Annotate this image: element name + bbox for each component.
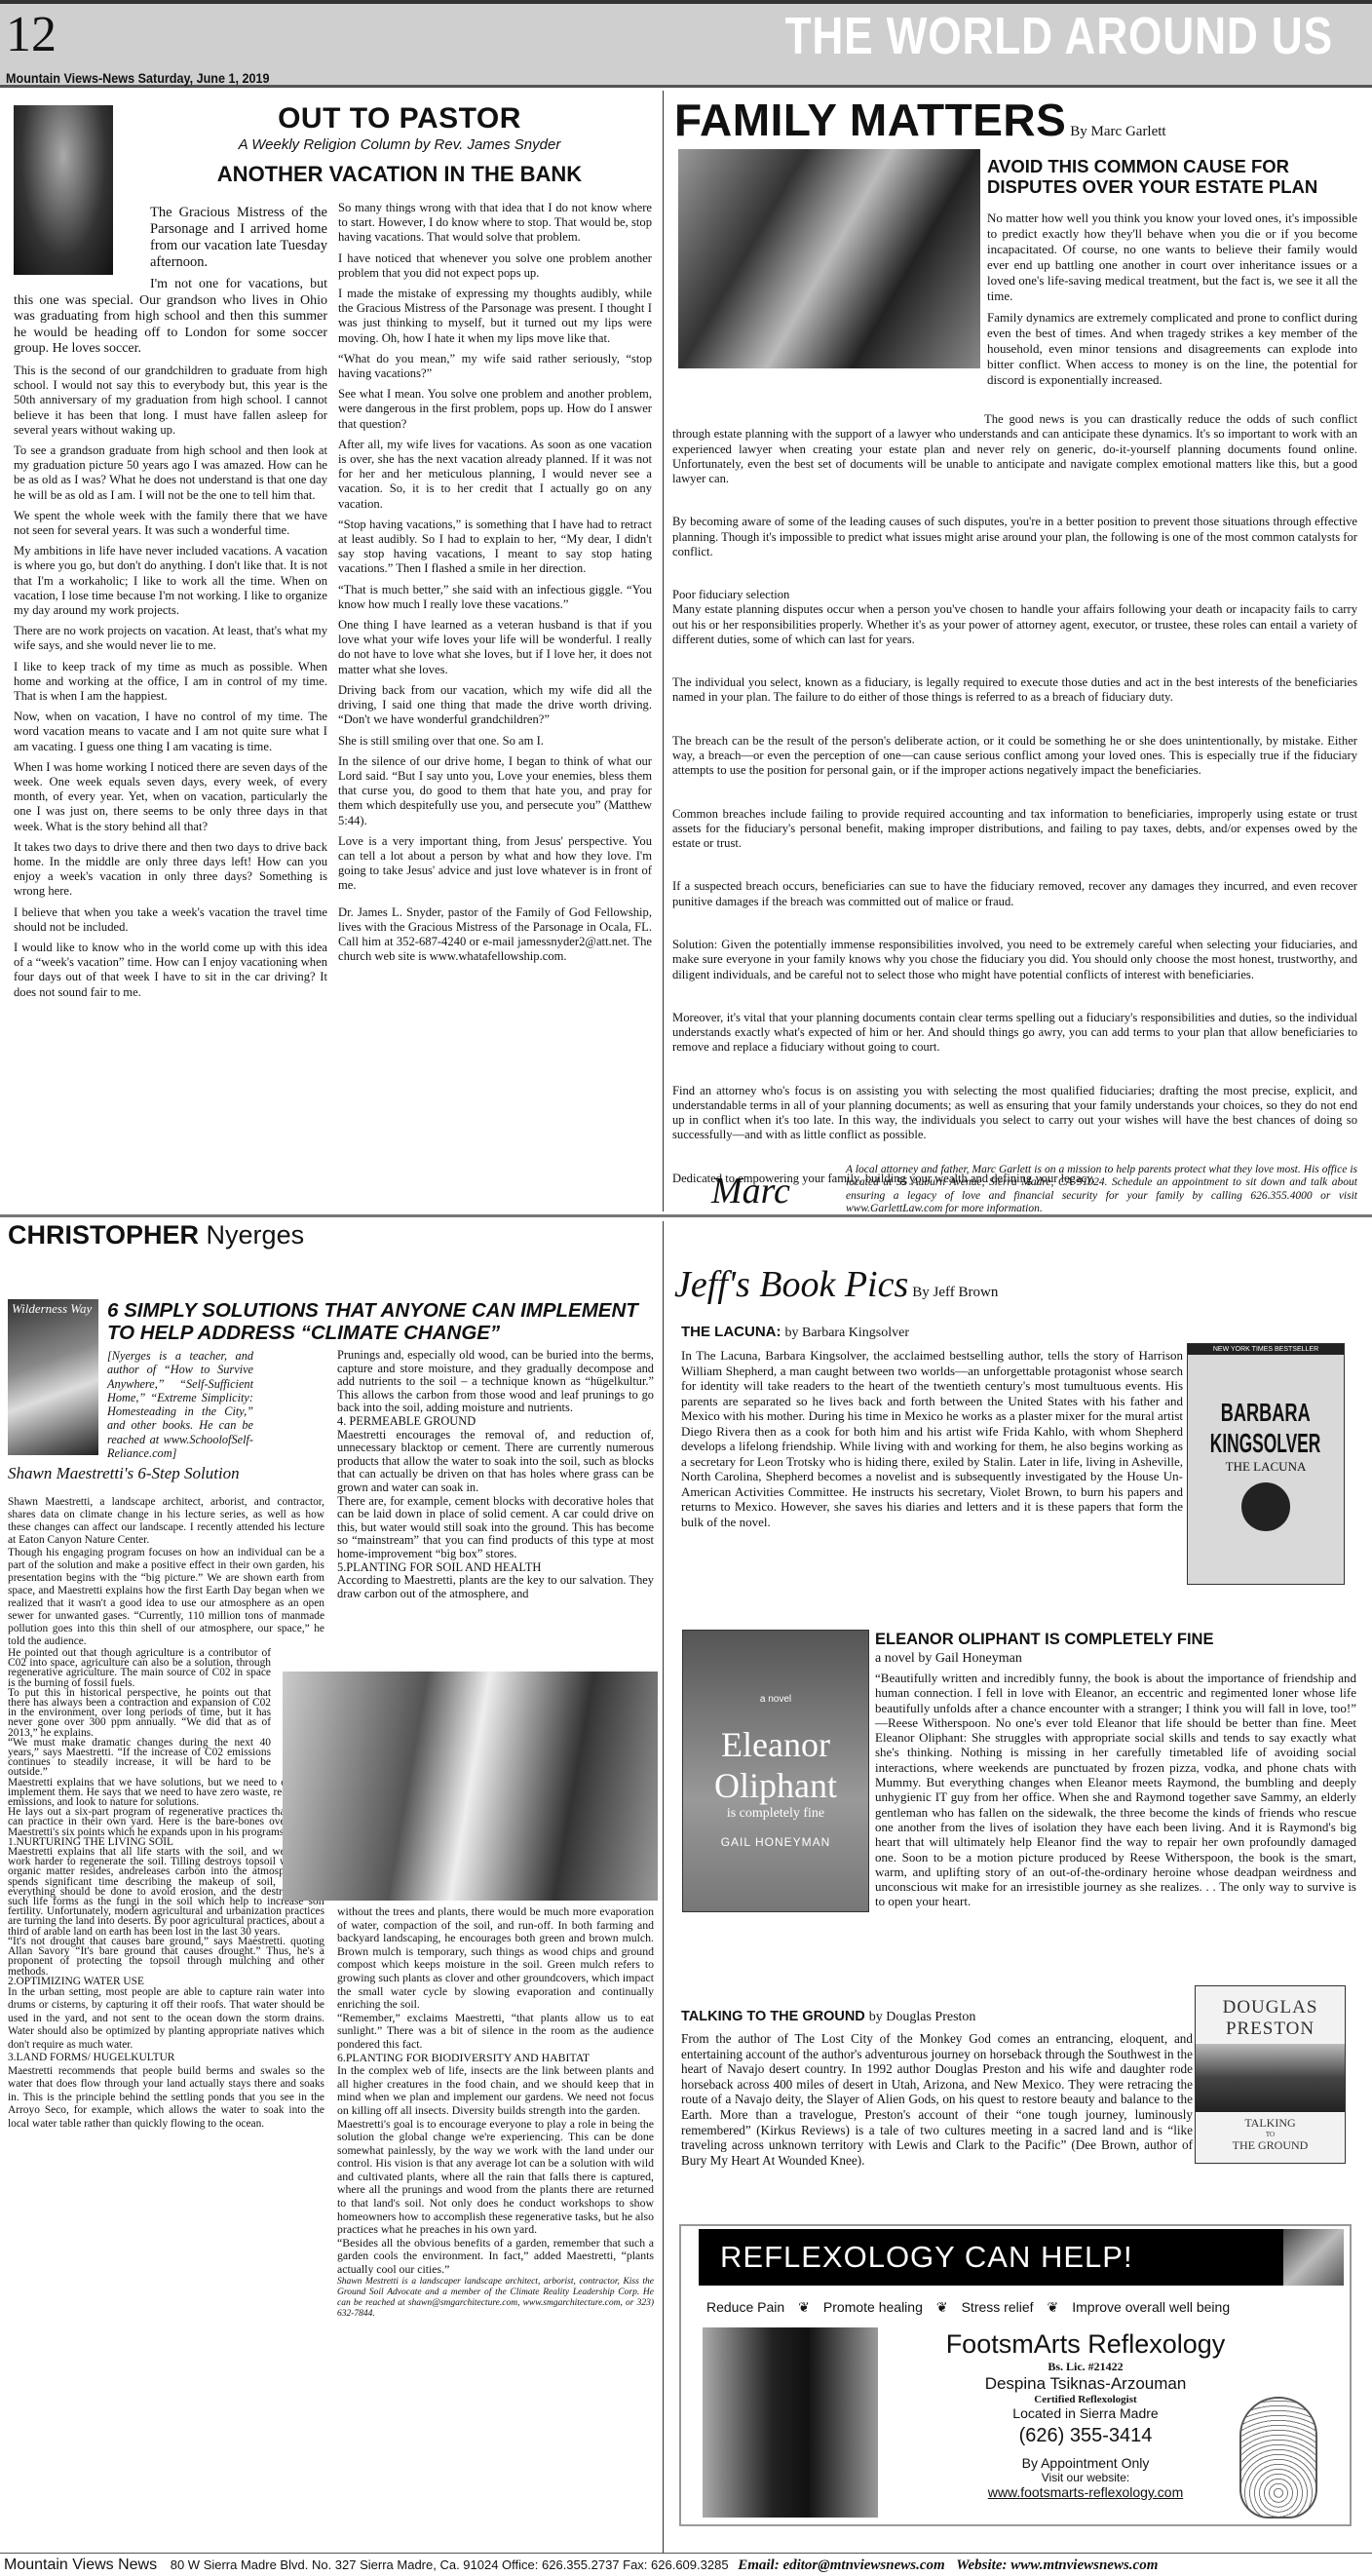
reflexology-ad: REFLEXOLOGY CAN HELP! Reduce Pain❦ Promo…	[679, 2224, 1352, 2526]
article-col-1: The Gracious Mistress of the Parsonage a…	[14, 205, 327, 1006]
paragraph: In the urban setting, most people are ab…	[8, 1986, 324, 2053]
subhead: Shawn Maestretti's 6-Step Solution	[8, 1464, 240, 1483]
benefit: Reduce Pain	[706, 2299, 784, 2316]
article-col-1: Shawn Maestretti, a landscape architect,…	[8, 1496, 324, 2131]
article-col-2-top: Prunings and, especially old wood, can b…	[337, 1349, 654, 1600]
book-title: ELEANOR OLIPHANT IS COMPLETELY FINE	[875, 1631, 1213, 1649]
paragraph: The Gracious Mistress of the Parsonage a…	[150, 205, 327, 271]
practitioner-photo	[703, 2327, 878, 2518]
section-heading: 6.PLANTING FOR BIODIVERSITY AND HABITAT	[337, 2052, 654, 2065]
cover-text: PRESTON	[1226, 2019, 1315, 2040]
benefit: Stress relief	[962, 2299, 1034, 2316]
book-cover-talking: DOUGLAS PRESTON TALKING TO THE GROUND	[1195, 1985, 1346, 2164]
paragraph: The breach can be the result of the pers…	[672, 734, 1357, 779]
paragraph: After all, my wife lives for vacations. …	[338, 438, 652, 512]
paragraph: “What do you mean,” my wife said rather …	[338, 352, 652, 381]
paragraph: My ambitions in life have never included…	[14, 544, 327, 618]
paragraph: Maestretti encourages the removal of, an…	[337, 1429, 654, 1495]
paragraph: Maestretti recommends that people build …	[8, 2065, 324, 2132]
cover-text: KINGSOLVER	[1210, 1428, 1320, 1459]
cover-text: is completely fine	[727, 1806, 824, 1822]
book-cover-lacuna: NEW YORK TIMES BESTSELLER BARBARA KINGSO…	[1187, 1343, 1345, 1585]
paragraph: When I was home working I noticed there …	[14, 760, 327, 834]
cover-text: a novel	[760, 1694, 791, 1705]
book-title-line: TALKING TO THE GROUND by Douglas Preston	[681, 2008, 975, 2025]
paragraph: To see a grandson graduate from high sch…	[14, 443, 327, 503]
paragraph: “That is much better,” she said with an …	[338, 583, 652, 612]
paragraph: Maestretti's goal is to encourage everyo…	[337, 2118, 654, 2237]
book-title-line: THE LACUNA: by Barbara Kingsolver	[681, 1324, 909, 1341]
book-cover-eleanor: a novel Eleanor Oliphant is completely f…	[682, 1630, 869, 1912]
book-title: THE LACUNA:	[681, 1324, 781, 1340]
ad-banner-photo	[1283, 2229, 1344, 2286]
paragraph: There are no work projects on vacation. …	[14, 624, 327, 653]
book-review: From the author of The Lost City of the …	[681, 2031, 1193, 2168]
headline: ANOTHER VACATION IN THE BANK	[146, 162, 653, 187]
cover-text: DOUGLAS	[1223, 1997, 1318, 2019]
footer-address: 80 W Sierra Madre Blvd. No. 327 Sierra M…	[171, 2557, 729, 2572]
family-photo	[678, 149, 980, 368]
headline: 6 SIMPLY SOLUTIONS THAT ANYONE CAN IMPLE…	[107, 1299, 653, 1344]
paragraph: See what I mean. You solve one problem a…	[338, 387, 652, 432]
cover-art	[1196, 2044, 1345, 2112]
article-col-2-bottom: without the trees and plants, there woul…	[337, 1905, 654, 2326]
column-title-light: Nyerges	[207, 1220, 305, 1250]
byline: By Marc Garlett	[1070, 124, 1165, 139]
paragraph: This is the second of our grandchildren …	[14, 364, 327, 438]
paragraph: The individual you select, known as a fi…	[672, 675, 1357, 705]
appointment: By Appointment Only	[881, 2455, 1290, 2471]
benefit: Improve overall well being	[1072, 2299, 1230, 2316]
section-heading: 5.PLANTING FOR SOIL AND HEALTH	[337, 1561, 654, 1575]
paragraph: He pointed out that though agriculture i…	[8, 1648, 271, 1688]
paragraph: By becoming aware of some of the leading…	[672, 515, 1357, 559]
ad-banner: REFLEXOLOGY CAN HELP!	[699, 2229, 1283, 2286]
book-author: by Douglas Preston	[869, 2010, 976, 2024]
paragraph: One thing I have learned as a veteran hu…	[338, 618, 652, 677]
paragraph: So many things wrong with that idea that…	[338, 201, 652, 246]
book-title: TALKING TO THE GROUND	[681, 2009, 865, 2024]
book-cover-title: Wilderness Way	[8, 1299, 98, 1319]
footer-email: Email: editor@mtnviewsnews.com	[738, 2557, 944, 2573]
section-heading: 2.OPTIMIZING WATER USE	[8, 1977, 324, 1986]
paragraph: Maestretti explains that we have solutio…	[8, 1778, 324, 1808]
paragraph: According to Maestretti, plants are the …	[337, 1574, 654, 1600]
paragraph: It takes two days to drive there and the…	[14, 840, 327, 900]
license: Bs. Lic. #21422	[881, 2360, 1290, 2374]
column-subtitle: A Weekly Religion Column by Rev. James S…	[146, 136, 653, 153]
location: Located in Sierra Madre	[881, 2405, 1290, 2421]
paragraph: In the complex web of life, insects are …	[337, 2064, 654, 2117]
byline: By Jeff Brown	[912, 1285, 998, 1300]
benefit: Promote healing	[823, 2299, 923, 2316]
footer-website: Website: www.mtnviewsnews.com	[956, 2557, 1158, 2573]
paragraph: He lays out a six-part program of regene…	[8, 1807, 324, 1837]
paragraph: Common breaches include failing to provi…	[672, 807, 1357, 852]
paragraph: Poor fiduciary selection Many estate pla…	[672, 588, 1357, 647]
paragraph: The good news is you can drastically red…	[672, 412, 1357, 486]
paragraph: She is still smiling over that one. So a…	[338, 734, 652, 749]
maestretti-photo	[283, 1672, 658, 1901]
foot-icon	[1239, 2397, 1317, 2518]
paragraph: “Remember,” exclaims Maestretti, “that p…	[337, 2012, 654, 2052]
column-header: CHRISTOPHER Nyerges	[8, 1220, 304, 1250]
credential: Certified Reflexologist	[881, 2394, 1290, 2405]
paragraph: No matter how well you think you know yo…	[987, 211, 1357, 304]
visit-label: Visit our website:	[881, 2471, 1290, 2484]
cover-text: GAIL HONEYMAN	[721, 1835, 831, 1849]
paragraph: To put this in historical perspective, h…	[8, 1688, 271, 1738]
practitioner-name: Despina Tsiknas-Arzouman	[881, 2374, 1290, 2394]
paragraph: I'm not one for vacations, but this one …	[14, 277, 327, 358]
signature: Marc	[711, 1170, 790, 1212]
book-author: a novel by Gail Honeyman	[875, 1651, 1022, 1667]
book-review: “Beautifully written and incredibly funn…	[875, 1671, 1356, 1909]
cover-text: THE GROUND	[1233, 2138, 1309, 2153]
book-cover-image: Wilderness Way	[8, 1299, 98, 1455]
separator-icon: ❦	[798, 2299, 810, 2316]
cover-text: Oliphant	[714, 1765, 837, 1806]
paragraph: Now, when on vacation, I have no control…	[14, 710, 327, 754]
ad-benefits: Reduce Pain❦ Promote healing❦ Stress rel…	[706, 2299, 1340, 2316]
article-body: The good news is you can drastically red…	[672, 398, 1357, 1201]
author-bio: A local attorney and father, Marc Garlet…	[846, 1164, 1357, 1215]
paragraph: I like to keep track of my time as much …	[14, 660, 327, 705]
paragraph: If a suspected breach occurs, beneficiar…	[672, 879, 1357, 908]
paragraph: Moreover, it's vital that your planning …	[672, 1011, 1357, 1056]
separator-icon: ❦	[1048, 2299, 1059, 2316]
cover-banner: NEW YORK TIMES BESTSELLER	[1188, 1344, 1344, 1355]
column-title: OUT TO PASTOR	[146, 102, 653, 135]
section-heading: 3.LAND FORMS/ HUGELKULTUR	[8, 2052, 324, 2065]
separator-icon: ❦	[936, 2299, 948, 2316]
headline: AVOID THIS COMMON CAUSE FOR DISPUTES OVE…	[987, 156, 1357, 197]
paragraph: There are, for example, cement blocks wi…	[337, 1495, 654, 1561]
paragraph: Love is a very important thing, from Jes…	[338, 834, 652, 894]
section-heading: 4. PERMEABLE GROUND	[337, 1415, 654, 1429]
article-col-2: So many things wrong with that idea that…	[338, 201, 652, 970]
book-review: In The Lacuna, Barbara Kingsolver, the a…	[681, 1348, 1183, 1529]
paragraph: Solution: Given the potentially immense …	[672, 938, 1357, 982]
paragraph: We spent the whole week with the family …	[14, 509, 327, 538]
column-divider	[663, 1221, 664, 2553]
ad-details: FootsmArts Reflexology Bs. Lic. #21422 D…	[881, 2329, 1290, 2500]
column-title: Jeff's Book Pics	[674, 1264, 908, 1305]
author-bio: Dr. James L. Snyder, pastor of the Famil…	[338, 905, 652, 965]
column-title: FAMILY MATTERS	[674, 95, 1066, 145]
paragraph: Find an attorney who's focus is on assis…	[672, 1084, 1357, 1143]
phone: (626) 355-3414	[881, 2425, 1290, 2447]
column-header: Jeff's Book Pics By Jeff Brown	[674, 1263, 998, 1306]
paragraph: Family dynamics are extremely complicate…	[987, 310, 1357, 388]
column-divider	[663, 91, 664, 1211]
cover-text: THE LACUNA	[1226, 1459, 1307, 1475]
paragraph: “We must make dramatic changes during th…	[8, 1738, 271, 1778]
paragraph: I made the mistake of expressing my thou…	[338, 287, 652, 346]
paragraph: Shawn Maestretti, a landscape architect,…	[8, 1496, 324, 1547]
cover-art	[1241, 1482, 1290, 1531]
book-author: by Barbara Kingsolver	[785, 1326, 910, 1340]
paragraph: Prunings and, especially old wood, can b…	[337, 1349, 654, 1415]
masthead: 12 THE WORLD AROUND US Mountain Views-Ne…	[0, 0, 1372, 88]
paragraph: “Besides all the obvious benefits of a g…	[337, 2237, 654, 2277]
paragraph: Maestretti explains that all life starts…	[8, 1847, 324, 1937]
paragraph: without the trees and plants, there woul…	[337, 1905, 654, 2012]
paragraph: I have noticed that whenever you solve o…	[338, 251, 652, 281]
paragraph: Though his engaging program focuses on h…	[8, 1547, 324, 1648]
page-number: 12	[6, 6, 57, 63]
paragraph: I believe that when you take a week's va…	[14, 905, 327, 935]
cover-text: Eleanor	[721, 1724, 830, 1765]
column-header: FAMILY MATTERS By Marc Garlett	[674, 94, 1166, 146]
intro-text: No matter how well you think you know yo…	[987, 211, 1357, 394]
section-title: THE WORLD AROUND US	[785, 6, 1333, 66]
column-title-bold: CHRISTOPHER	[8, 1220, 199, 1250]
cover-text: TO	[1266, 2131, 1275, 2138]
paragraph: Driving back from our vacation, which my…	[338, 683, 652, 728]
paragraph: In the silence of our drive home, I bega…	[338, 754, 652, 828]
business-name: FootsmArts Reflexology	[881, 2329, 1290, 2360]
author-bio: Shawn Mestretti is a landscaper landscap…	[337, 2277, 654, 2320]
page-footer: Mountain Views News 80 W Sierra Madre Bl…	[0, 2553, 1372, 2576]
paragraph: “It's not drought that causes bare groun…	[8, 1937, 324, 1977]
author-note: [Nyerges is a teacher, and author of “Ho…	[107, 1349, 253, 1460]
website-link[interactable]: www.footsmarts-reflexology.com	[881, 2484, 1290, 2500]
cover-text: BARBARA	[1221, 1398, 1311, 1428]
dateline: Mountain Views-News Saturday, June 1, 20…	[6, 70, 270, 86]
paragraph: “Stop having vacations,” is something th…	[338, 518, 652, 577]
footer-paper: Mountain Views News	[4, 2557, 157, 2573]
paragraph: I would like to know who in the world co…	[14, 941, 327, 1000]
cover-text: TALKING	[1244, 2116, 1295, 2131]
